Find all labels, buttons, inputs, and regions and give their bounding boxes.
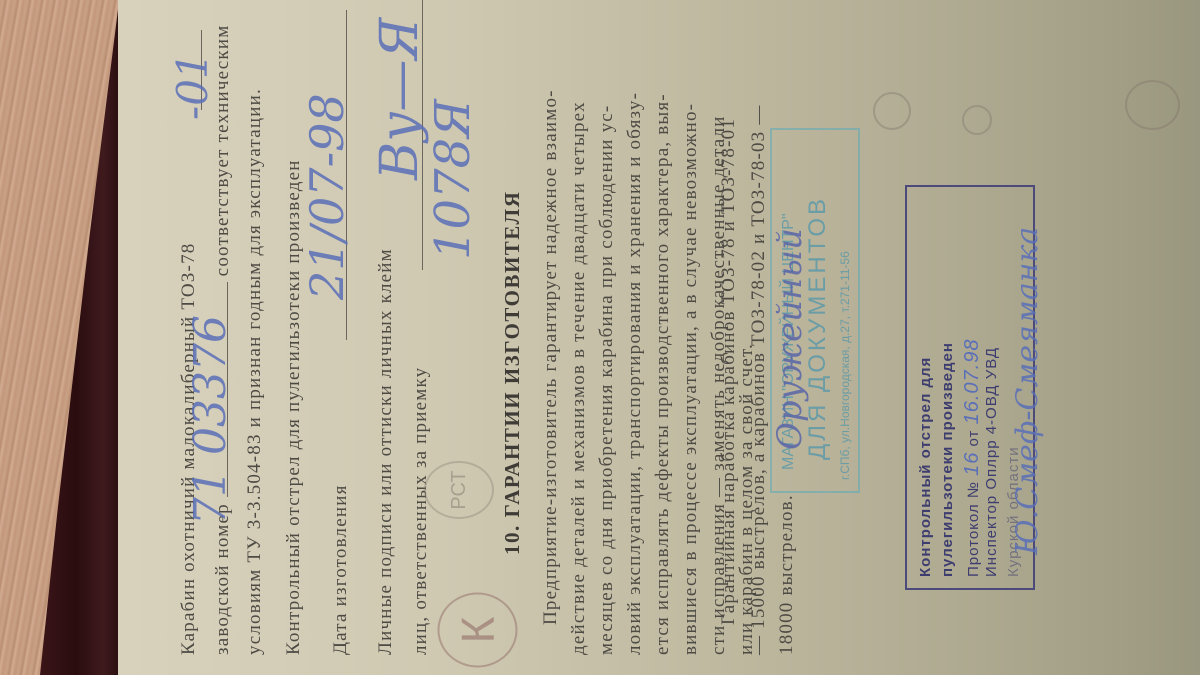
handwritten-serial-number: 71 03376 xyxy=(185,315,236,525)
guarantee-line-6: вившиеся в процессе эксплуатации, а в сл… xyxy=(680,103,702,655)
faint-circle-mark xyxy=(962,105,992,135)
section-title: 10. ГАРАНТИИ ИЗГОТОВИТЕЛЯ xyxy=(500,191,525,555)
guarantee-line-2: действие деталей и механизмов в течение … xyxy=(568,101,590,655)
control-stamp-line-2: пулегильзотеки произведен xyxy=(939,342,956,577)
signatures-label-line-1: Личные подписи или оттиски личных клейм xyxy=(375,248,397,655)
guarantee-line-1: Предприятие-изготовитель гарантирует над… xyxy=(540,89,562,625)
control-stamp-signature: Ю.Смеф-Смеяманка xyxy=(1010,227,1045,555)
quality-mark-stamp: К xyxy=(438,593,518,668)
shop-stamp-signature: Оружейный xyxy=(770,228,810,450)
service-life-line-2: — 15000 выстрелов, а карабинов ТОЗ-78-02… xyxy=(748,104,770,655)
shop-stamp-line-3: г.СПб, ул.Новгородская, д.27, т.271-11-5… xyxy=(838,251,852,480)
handwritten-model-suffix: -01 xyxy=(168,52,217,120)
guarantee-line-3: месяцев со дня приобретения карабина при… xyxy=(596,105,618,655)
service-life-line-1: Гарантийная наработка карабинов ТОЗ-78 и… xyxy=(718,118,740,625)
service-life-line-3: 18000 выстрелов. xyxy=(776,494,798,655)
guarantee-line-5: ется исправлять дефекты производственног… xyxy=(652,93,674,655)
certificate-line-3: условиям ТУ 3-3.504-83 и признан годным … xyxy=(244,88,266,655)
control-stamp-line-3: Протокол № 16 от 16.07.98 xyxy=(961,339,984,577)
signatures-label-line-2: лиц, ответственных за приемку xyxy=(410,367,432,655)
protocol-number: 16 xyxy=(961,452,983,476)
manufacture-date-label: Дата изготовления xyxy=(330,484,352,655)
protocol-date: 16.07.98 xyxy=(961,339,983,425)
handwritten-control-shot-date: 21/07-98 xyxy=(300,93,354,300)
handwritten-signature-1: Ву—Я xyxy=(370,18,430,180)
certification-mark-stamp: РСТ xyxy=(424,461,494,519)
guarantee-line-4: ловий эксплуатации, транспортирования и … xyxy=(624,92,646,655)
faint-circle-mark xyxy=(873,92,911,130)
faint-circle-mark xyxy=(1125,80,1180,130)
handwritten-signature-2: 1078Я xyxy=(425,99,481,260)
control-stamp-line-4: Инспектор Оплрр 4-ОВД УВД xyxy=(983,347,1000,577)
control-stamp-line-1: Контрольный отстрел для xyxy=(917,357,934,577)
